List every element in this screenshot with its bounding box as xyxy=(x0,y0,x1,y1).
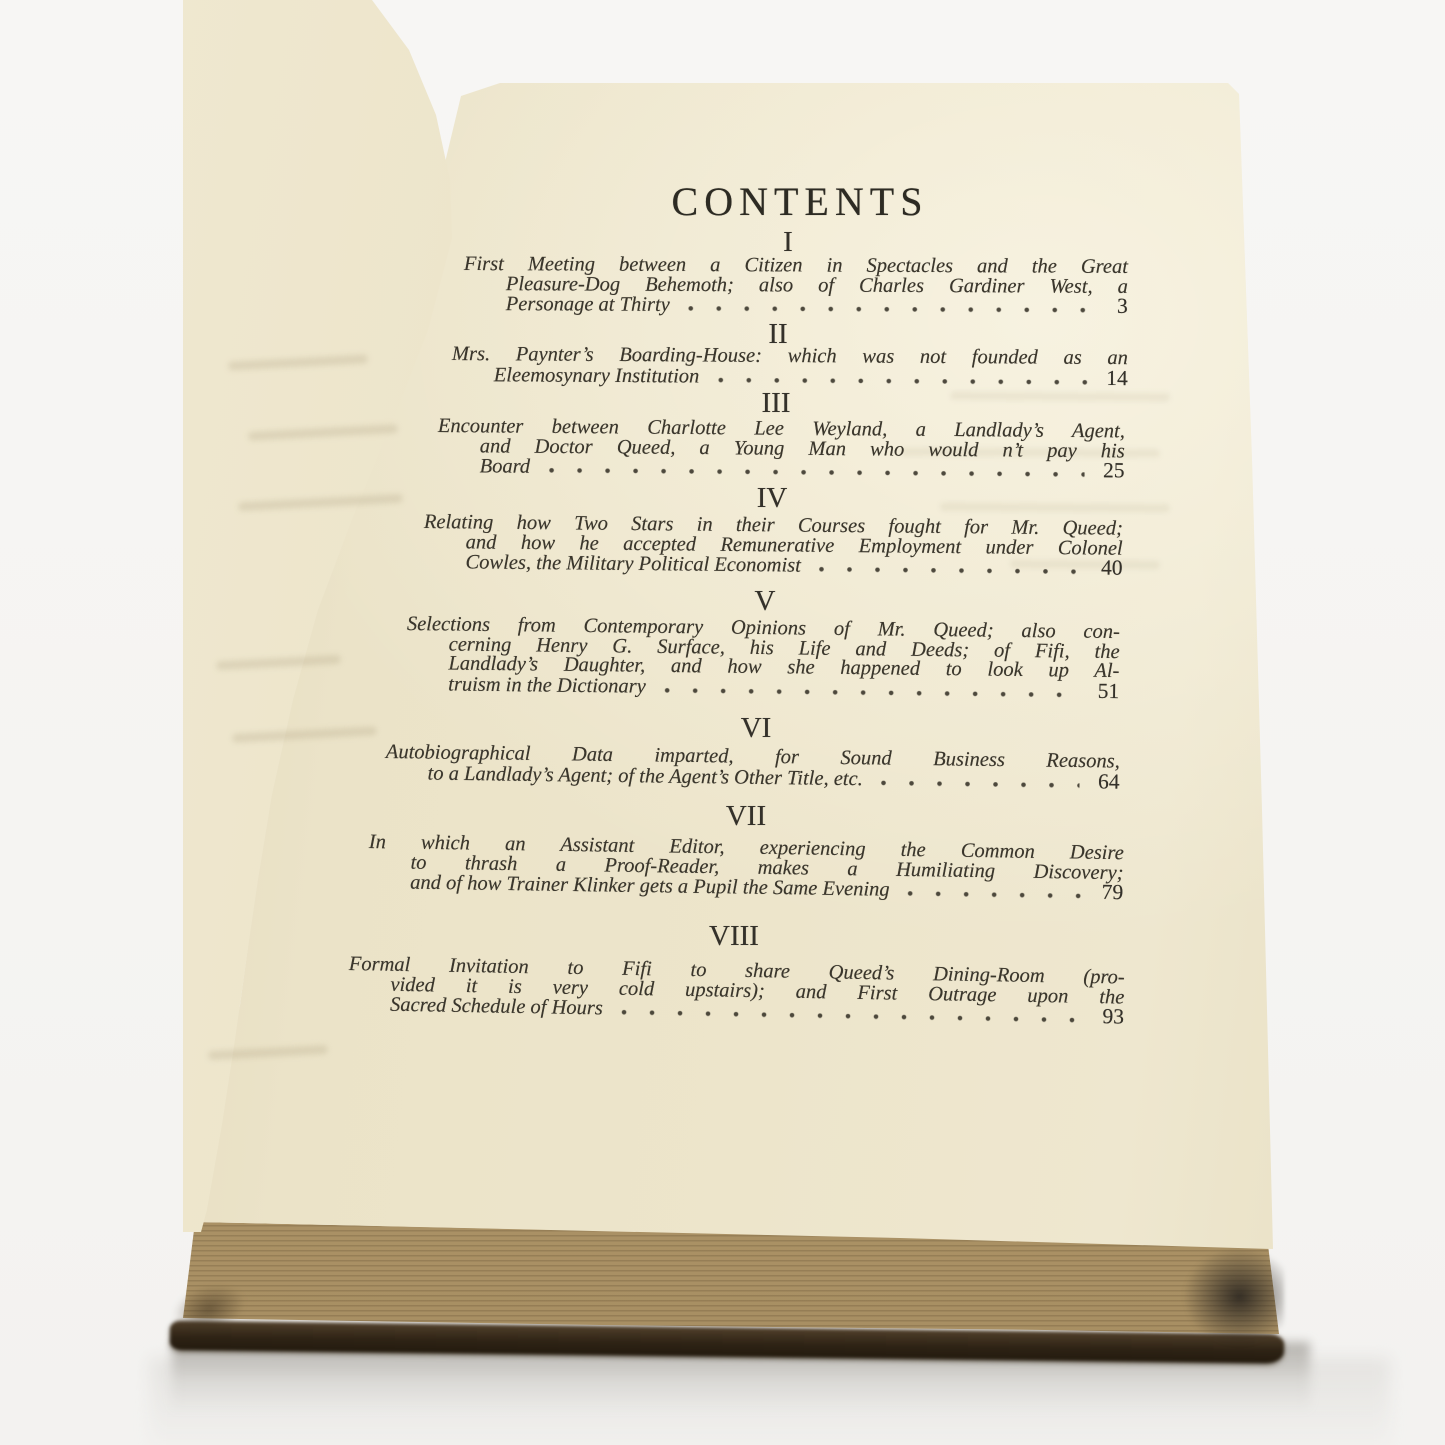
chapter-numeral-1: I xyxy=(728,227,848,257)
chapter-numeral-4: IV xyxy=(712,483,832,513)
toc-line-text: truism in the Dictionary xyxy=(448,675,646,697)
dot-leader xyxy=(881,780,1080,788)
toc-line: Personage at Thirty 3 xyxy=(464,294,1128,317)
chapter-numeral-8: VIII xyxy=(674,921,794,951)
dot-leader xyxy=(819,567,1083,575)
chapter-numeral-7: VII xyxy=(686,801,806,831)
chapter-numeral-6: VI xyxy=(696,713,816,743)
dot-leader xyxy=(548,468,1085,477)
toc-line-text: Board xyxy=(480,457,531,477)
toc-entry-4: Relating how Two Stars in their Courses … xyxy=(423,513,1123,579)
dot-leader xyxy=(908,891,1084,899)
chapter-numeral-3: III xyxy=(716,388,836,418)
page-number: 3 xyxy=(1098,297,1128,317)
toc-entry-3: Encounter between Charlotte Lee Weyland,… xyxy=(438,417,1125,482)
toc-line-text: Eleemosynary Institution xyxy=(494,366,700,387)
page-number: 40 xyxy=(1092,558,1122,578)
edge-stain-right xyxy=(1178,1248,1284,1356)
page-number: 64 xyxy=(1089,772,1119,792)
book-photo: CONTENTS I First Meeting between a Citiz… xyxy=(0,0,1445,1445)
toc-entry-2: Mrs. Paynter’s Boarding-House: which was… xyxy=(452,345,1128,389)
toc-entry-7: In which an Assistant Editor, experienci… xyxy=(368,833,1124,904)
toc-entry-6: Autobiographical Data imparted, for Soun… xyxy=(385,743,1119,793)
page-title: CONTENTS xyxy=(590,180,1010,224)
page-number: 51 xyxy=(1089,681,1119,701)
bleed-through-text xyxy=(940,502,1170,513)
toc-line-text: Cowles, the Military Political Economist xyxy=(465,553,801,576)
page-number: 14 xyxy=(1098,368,1128,388)
dot-leader xyxy=(664,687,1079,697)
toc-entry-5: Selections from Contemporary Opinions of… xyxy=(406,615,1120,702)
toc-line-text: Sacred Schedule of Hours xyxy=(390,996,603,1019)
dot-leader xyxy=(717,377,1087,384)
toc-entry-1: First Meeting between a Citizen in Spect… xyxy=(464,255,1128,317)
bleed-through-text xyxy=(950,391,1170,402)
toc-line-text: Personage at Thirty xyxy=(506,295,670,315)
toc-line: and Doctor Queed, a Young Man who would … xyxy=(438,436,1125,461)
page-number: 93 xyxy=(1094,1007,1124,1027)
chapter-numeral-5: V xyxy=(705,586,825,616)
dot-leader xyxy=(688,306,1088,313)
page-number: 25 xyxy=(1095,461,1125,481)
page-number: 79 xyxy=(1093,883,1123,903)
